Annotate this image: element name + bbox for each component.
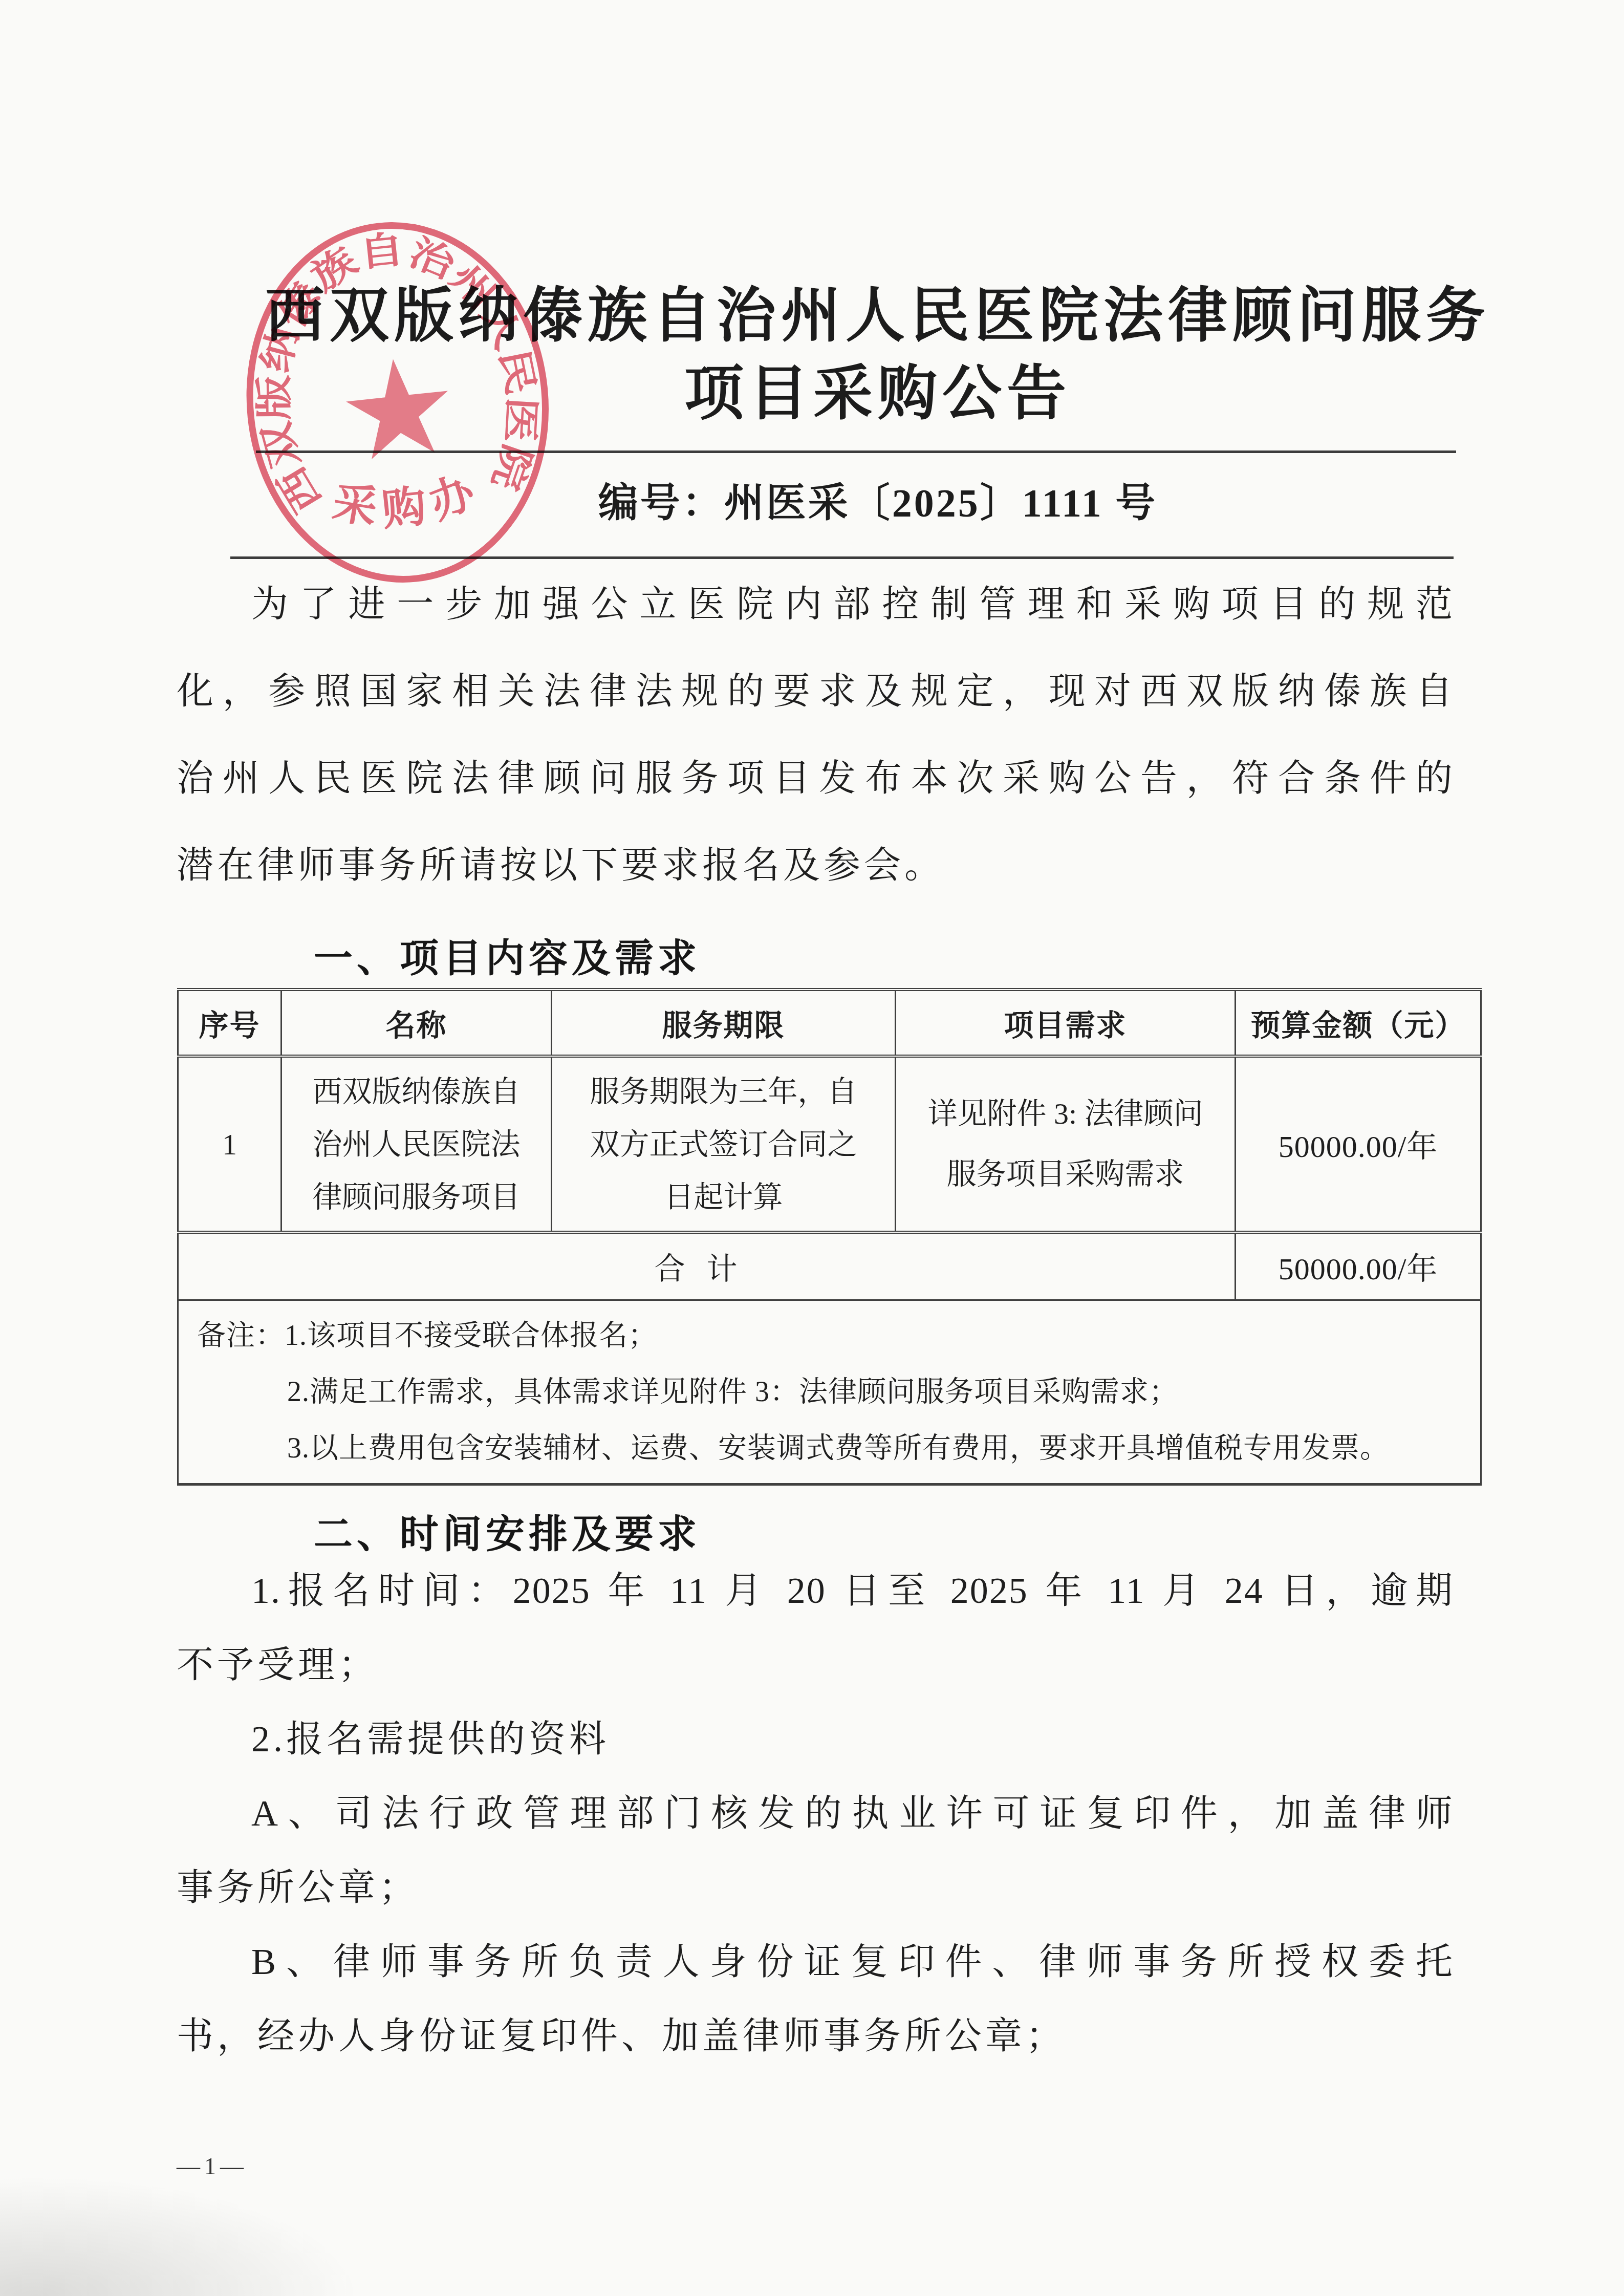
intro-line: 治州人民医院法律顾问服务项目发布本次采购公告，符合条件的 [177,735,1454,822]
intro-line: 潜在律师事务所请按以下要求报名及参会。 [177,822,1454,909]
col-header-name: 名称 [282,990,552,1056]
document-page: 西双版纳傣族自治州人民医院 采购办 西双版纳傣族自治州人民医院法律顾问服务 项目… [0,0,1624,2296]
cell-requirement-line: 服务项目采购需求 [896,1144,1235,1205]
cell-term-line: 服务期限为三年，自 [552,1065,895,1118]
section-2-line: 事务所公章； [177,1851,1454,1925]
cell-requirement-line: 详见附件 3: 法律顾问 [896,1084,1235,1144]
section-2-line: 不予受理； [177,1628,1454,1702]
cell-name: 西双版纳傣族自 治州人民医院法 律顾问服务项目 [282,1056,552,1232]
section-2-line: 书，经办人身份证复印件、加盖律师事务所公章； [177,1999,1454,2073]
intro-paragraph: 为了进一步加强公立医院内部控制管理和采购项目的规范 化，参照国家相关法律法规的要… [177,561,1454,909]
cell-budget: 50000.00/年 [1236,1056,1481,1232]
section-2-line: 2.报名需提供的资料 [177,1702,1454,1776]
table-notes-row: 备注：1.该项目不接受联合体报名； 2.满足工作需求，具体需求详见附件 3：法律… [178,1300,1481,1485]
col-header-index: 序号 [178,990,282,1056]
seal-bottom-text: 采购办 [324,462,492,541]
cell-name-line: 治州人民医院法 [282,1118,551,1171]
section-2-line: A、司法行政管理部门核发的执业许可证复印件，加盖律师 [177,1776,1454,1851]
notes-cell: 备注：1.该项目不接受联合体报名； 2.满足工作需求，具体需求详见附件 3：法律… [178,1300,1481,1485]
project-table: 序号 名称 服务期限 项目需求 预算金额（元） 1 西双版纳傣族自 治州人民医院… [177,988,1482,1486]
section-2-line: B、律师事务所负责人身份证复印件、律师事务所授权委托 [177,1925,1454,1999]
cell-name-line: 律顾问服务项目 [282,1171,551,1224]
section-1-heading: 一、项目内容及需求 [314,934,701,983]
cell-term: 服务期限为三年，自 双方正式签订合同之 日起计算 [552,1056,896,1232]
document-number-label: 编号： [598,480,724,525]
table-row: 1 西双版纳傣族自 治州人民医院法 律顾问服务项目 服务期限为三年，自 双方正式… [178,1056,1481,1232]
col-header-term: 服务期限 [552,990,896,1056]
official-seal: 西双版纳傣族自治州人民医院 采购办 [212,192,583,614]
total-budget: 50000.00/年 [1236,1232,1481,1300]
table-header-row: 序号 名称 服务期限 项目需求 预算金额（元） [178,990,1481,1056]
intro-line: 化，参照国家相关法律法规的要求及规定，现对西双版纳傣族自 [177,648,1454,735]
star-icon [342,354,454,461]
page-number: —1— [177,2153,248,2180]
notes-line-3: 3.以上费用包含安装辅材、运费、安装调式费等所有费用，要求开具增值税专用发票。 [179,1420,1480,1476]
cell-term-line: 日起计算 [552,1171,895,1224]
col-header-requirement: 项目需求 [896,990,1236,1056]
cell-requirement: 详见附件 3: 法律顾问 服务项目采购需求 [896,1056,1236,1232]
notes-line-2: 2.满足工作需求，具体需求详见附件 3：法律顾问服务项目采购需求； [179,1364,1480,1420]
cell-term-line: 双方正式签订合同之 [552,1118,895,1171]
notes-line-1: 备注：1.该项目不接受联合体报名； [179,1307,1480,1364]
table-total-row: 合计 50000.00/年 [178,1232,1481,1300]
total-label: 合计 [178,1232,1236,1300]
cell-name-line: 西双版纳傣族自 [282,1065,551,1118]
section-2-body: 1.报名时间：2025 年 11 月 20 日至 2025 年 11 月 24 … [177,1554,1454,2073]
section-2-line: 1.报名时间：2025 年 11 月 20 日至 2025 年 11 月 24 … [177,1554,1454,1628]
col-header-budget: 预算金额（元） [1236,990,1481,1056]
document-number-value: 州医采〔2025〕1111 号 [724,481,1158,525]
cell-index: 1 [178,1056,282,1232]
section-2-heading: 二、时间安排及要求 [314,1510,701,1559]
scan-shadow [0,2176,358,2296]
